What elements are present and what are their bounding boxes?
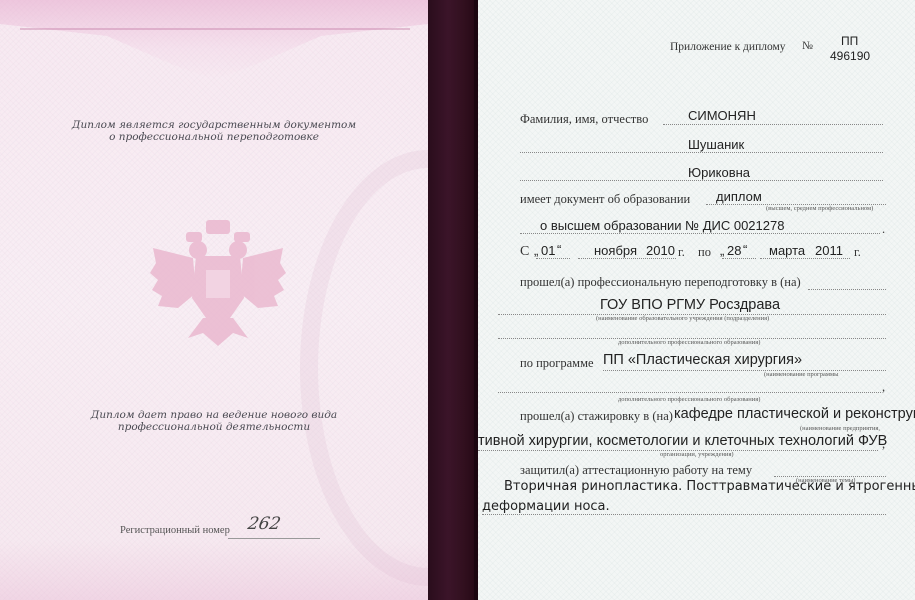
fio-underline-1 — [663, 124, 883, 125]
internship-value-1: кафедре пластической и реконструк- — [674, 406, 915, 422]
retraining-label: прошел(а) профессиональную переподготовк… — [520, 275, 801, 290]
bottom-ornament — [0, 540, 428, 600]
from-month-underline — [578, 258, 676, 259]
thesis-label: защитил(а) аттестационную работу на тему — [520, 463, 752, 478]
diploma-left-page: Диплом является государственным документ… — [0, 0, 428, 600]
internship-comma: , — [882, 437, 885, 452]
retraining-underline — [808, 289, 886, 290]
thesis-title-line-2: деформации носа. — [482, 499, 610, 514]
fio-underline-2 — [520, 152, 883, 153]
program-hint-1: (наименование программы — [764, 371, 838, 378]
institution-hint-1: (наименование образовательного учреждени… — [596, 315, 769, 322]
ornament-line — [20, 28, 410, 30]
program-underline-2 — [498, 392, 881, 393]
education-doc-hint: (высшем, среднем профессиональном) — [766, 205, 873, 212]
period-to-open-quote: „ — [720, 243, 724, 258]
appendix-label: Приложение к диплому — [670, 41, 786, 53]
thesis-title-line-1: Вторичная ринопластика. Посттравматическ… — [504, 479, 915, 494]
surname-value: СИМОНЯН — [688, 108, 756, 123]
diploma-number-underline — [520, 233, 880, 234]
patronymic-value: Юриковна — [688, 165, 750, 180]
diploma-number-line: о высшем образовании № ДИС 0021278 — [540, 218, 784, 233]
period-to-suffix: г. — [854, 245, 861, 260]
thesis-underline-2 — [482, 514, 886, 515]
program-label: по программе — [520, 356, 594, 371]
period-from-month: ноября — [594, 243, 637, 258]
period-to-prefix: по — [698, 245, 711, 260]
fio-label: Фамилия, имя, отчество — [520, 112, 648, 127]
registration-number-underline — [228, 538, 320, 539]
period-to-day: 28 — [727, 243, 741, 258]
program-underline — [603, 370, 886, 371]
institution-hint-2: дополнительного профессионального образо… — [618, 339, 760, 346]
diploma-status-line2: о профессиональной переподготовке — [0, 131, 428, 144]
number-sign: № — [802, 40, 813, 52]
period-from-year: 2010 — [646, 243, 675, 258]
registration-number-value: 262 — [246, 514, 282, 534]
period-to-year: 2011 — [815, 243, 843, 258]
institution-value: ГОУ ВПО РГМУ Росздрава — [600, 297, 780, 313]
diploma-appendix-page: Приложение к диплому № ПП 496190 Фамилия… — [478, 0, 915, 600]
appendix-series: ПП — [841, 34, 858, 48]
period-from-open-quote: „ — [534, 243, 538, 258]
diploma-number-dot: . — [882, 222, 885, 237]
internship-value-2: тивной хирургии, косметологии и клеточны… — [478, 433, 887, 449]
program-value: ПП «Пластическая хирургия» — [603, 352, 802, 368]
internship-hint-2: организации, учреждения) — [660, 451, 734, 458]
first-name-value: Шушаник — [688, 137, 744, 152]
to-day-underline — [722, 258, 756, 259]
period-from-day: 01 — [541, 243, 555, 258]
to-month-underline — [760, 258, 850, 259]
period-from-prefix: С — [520, 244, 529, 260]
fio-underline-3 — [520, 180, 883, 181]
from-day-underline — [536, 258, 570, 259]
russian-coat-of-arms-icon — [148, 218, 288, 348]
period-from-close-quote: “ — [557, 242, 561, 257]
education-doc-label: имеет документ об образовании — [520, 192, 690, 207]
diploma-spine — [428, 0, 478, 600]
period-from-suffix: г. — [678, 245, 685, 260]
top-guilloche-ornament — [0, 0, 428, 80]
diploma-rights-line2: профессиональной деятельности — [0, 421, 428, 434]
program-comma: , — [882, 380, 885, 395]
program-hint-2: дополнительного профессионального образо… — [618, 396, 760, 403]
appendix-number: 496190 — [830, 49, 870, 63]
registration-number-label: Регистрационный номер — [120, 525, 230, 536]
internship-hint-1: (наименование предприятия, — [800, 425, 880, 432]
period-to-month: марта — [769, 243, 805, 258]
period-to-close-quote: “ — [743, 242, 747, 257]
education-doc-value: диплом — [716, 189, 762, 204]
internship-label: прошел(а) стажировку в (на) — [520, 409, 673, 424]
